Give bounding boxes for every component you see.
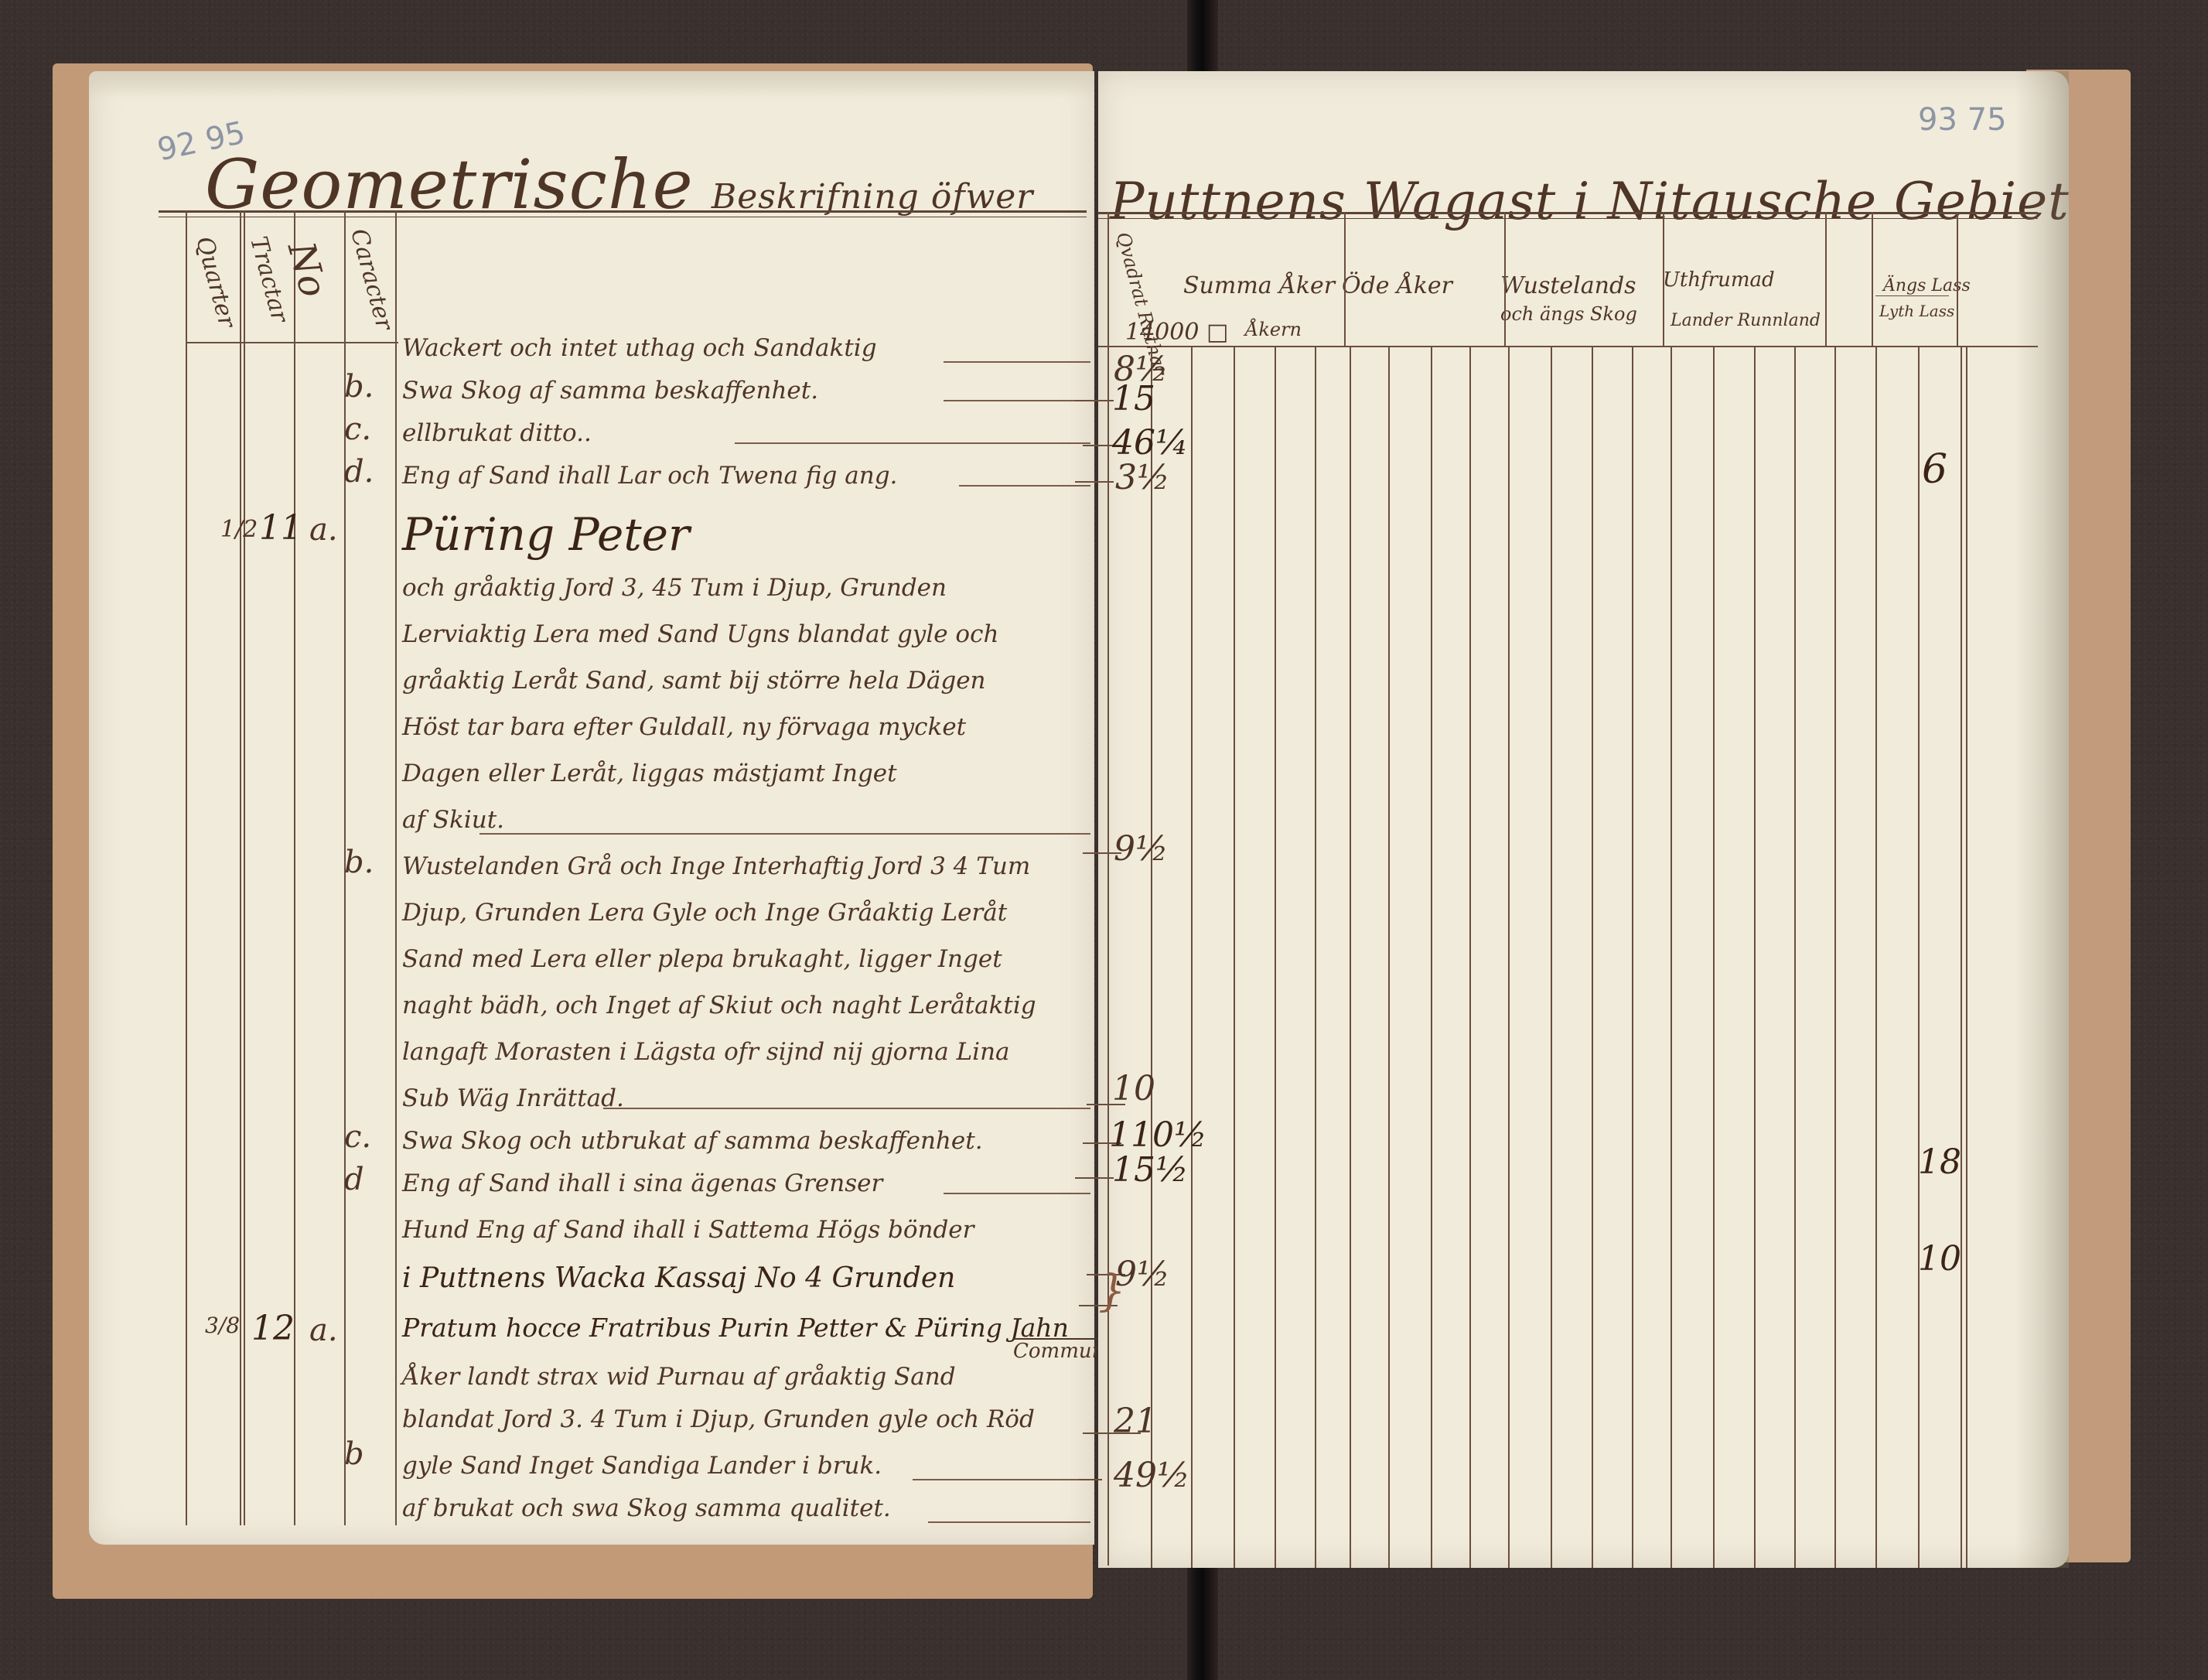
row-letter: b [344,1436,364,1472]
area-value: 10 [1112,1069,1155,1108]
grid-line [1754,346,1756,1568]
header-bottom-rule [1098,346,2038,347]
entry-rule [479,833,1090,835]
grid-line [1592,346,1593,1568]
grid-line [1431,346,1432,1568]
area-value: 21 [1114,1402,1157,1441]
folio-number-right: 93 75 [1918,102,2007,138]
row-letter: a. [309,512,338,548]
col-header-caracter: Caracter [345,226,398,333]
entry-line: i Puttnens Wacka Kassaj No 4 Grunden [402,1262,955,1294]
col-header-uthfrumad-sub: Lander Runnland [1671,311,1821,330]
entry-line: Lerviaktig Lera med Sand Ugns blandat gy… [402,620,998,648]
row-letter: c. [344,1119,371,1155]
entry-line: Eng af Sand ihall Lar och Twena fig ang. [402,462,897,490]
entry-rule [959,485,1090,487]
grid-line [1315,346,1316,1568]
col-header-area-unit: 14000 □ [1125,319,1228,346]
area-value: 110½ [1109,1115,1207,1155]
entry-rule [928,1521,1090,1523]
entry-line: langaft Morasten i Lägsta ofr sijnd nij … [402,1038,1010,1066]
col-line [1663,212,1664,347]
header-rule-2 [159,217,1087,217]
row-marker [1079,1479,1102,1480]
grid-line [1834,346,1836,1568]
grid-line [1350,346,1351,1568]
row-marker [1075,1177,1114,1179]
entry-line: Dagen eller Leråt, liggas mästjamt Inget [402,760,897,787]
row-number: 12 [251,1309,295,1348]
entry-line: Swa Skog af samma beskaffenhet. [402,377,818,405]
row-letter: d [344,1162,364,1197]
grid-line [1191,346,1193,1568]
header-rule [159,210,1087,213]
entry-line: Pratum hocce Fratribus Purin Petter & Pü… [402,1313,1069,1343]
row-letter: d. [344,454,374,490]
entry-line: naght bädh, och Inget af Skiut och naght… [402,992,1036,1019]
entry-line: Eng af Sand ihall i sina ägenas Grenser [402,1170,882,1197]
col-line [1825,212,1827,347]
col-header-number: No [279,237,335,302]
grid-line [1671,346,1672,1568]
header-divider [1875,295,1949,296]
grid-line [1632,346,1633,1568]
entry-rule [603,1108,1090,1109]
entry-line: ellbrukat ditto.. [402,419,592,447]
entry-line: och gråaktig Jord 3, 45 Tum i Djup, Grun… [402,574,947,602]
entry-line: Wackert och intet uthag och Sandaktig [402,334,877,362]
header-rule [1098,212,2038,214]
area-value: 9½ [1115,1255,1170,1294]
grid-line [1469,346,1471,1568]
entry-rule [735,442,1090,444]
entry-rule [944,361,1090,363]
col-line [1504,212,1506,347]
area-value: 3½ [1115,458,1170,497]
entry-line: Sand med Lera eller plepa brukaght, ligg… [402,945,1002,973]
area-value: 49½ [1114,1456,1190,1495]
col-header-uthfrumad: Uthfrumad [1663,268,1775,292]
row-fraction: 3/8 [205,1313,240,1338]
meadow-value: 10 [1918,1239,1961,1279]
meadow-value: 6 [1922,446,1947,493]
grid-line [1918,346,1920,1568]
row-fraction: 1/2 [220,516,258,543]
left-page: 92 95 Geometrische Beskrifning öfwer Qua… [89,71,1094,1545]
row-marker [1075,400,1114,401]
col-header-angs-lass-sub: Lyth Lass [1879,302,1954,320]
entry-line: gråaktig Leråt Sand, samt bij större hel… [402,667,986,695]
col-header-ode-aker: Öde Åker [1342,272,1452,299]
grid-line [1794,346,1796,1568]
header-bottom-rule [186,342,398,343]
row-letter: b. [344,369,374,405]
area-value: 15½ [1112,1150,1189,1190]
grid-line [1961,346,1962,1568]
col-line [1107,212,1109,1566]
entry-line: af Skiut. [402,806,504,834]
entry-line: gyle Sand Inget Sandiga Lander i bruk. [402,1452,882,1480]
meadow-value: 18 [1918,1142,1961,1182]
owner-name: Püring Peter [402,508,690,561]
entry-line: Wustelanden Grå och Inge Interhaftig Jor… [402,852,1030,880]
entry-rule [944,1193,1090,1194]
col-line [244,210,245,1525]
col-line [1344,212,1346,347]
row-letter: b. [344,845,374,880]
entry-line: Åker landt strax wid Purnau af gråaktig … [402,1363,956,1391]
entry-line: Hund Eng af Sand ihall i Sattema Högs bö… [402,1216,974,1244]
grid-line [1551,346,1552,1568]
row-letter: a. [309,1313,338,1348]
area-value: 46¼ [1112,423,1189,463]
entry-rule [944,400,1090,401]
grid-line [1234,346,1235,1568]
col-header-quarter: Quarter [190,234,241,330]
entry-line: af brukat och swa Skog samma qualitet. [402,1494,891,1522]
entry-rule [913,1479,1090,1480]
right-page: 93 75 Puttnens Wagast i Nitausche Gebiet… [1098,71,2069,1568]
entry-line: Djup, Grunden Lera Gyle och Inge Gråakti… [402,899,1007,927]
entry-line: Sub Wäg Inrättad. [402,1084,624,1112]
row-letter: c. [344,411,371,447]
grid-line [1388,346,1390,1568]
grid-line [1875,346,1877,1568]
entry-line: blandat Jord 3. 4 Tum i Djup, Grunden gy… [402,1405,1035,1433]
entries-area: Wackert och intet uthag och Sandaktig Sw… [402,326,1083,1533]
grid-line [1508,346,1510,1568]
entry-line: Swa Skog och utbrukat af samma beskaffen… [402,1127,983,1155]
grid-line [1713,346,1715,1568]
row-number: 11 [259,508,302,548]
entry-heading-name: Püring Peter [402,508,690,561]
col-header-wustelands: Wustelands [1500,272,1636,299]
col-header-summa-aker: Summa Åker [1183,272,1335,299]
grid-line [1966,346,1967,1568]
col-header-summa-aker-sub: Åkern [1245,319,1302,340]
col-line [240,210,241,1525]
col-line [1957,212,1958,347]
col-line [1872,212,1873,347]
col-line [395,210,397,1525]
grid-line [1151,346,1152,1568]
row-marker [1075,481,1114,483]
entry-line: Höst tar bara efter Guldall, ny förvaga … [402,713,966,741]
area-value: 9½ [1114,829,1169,869]
col-line [186,210,187,1525]
page-title-right: Puttnens Wagast i Nitausche Gebiet [1110,172,2070,231]
area-value: 15 [1112,379,1155,418]
header-rule-2 [1098,218,2038,219]
grid-line [1275,346,1276,1568]
col-header-wustelands-sub: och ängs Skog [1500,303,1637,325]
